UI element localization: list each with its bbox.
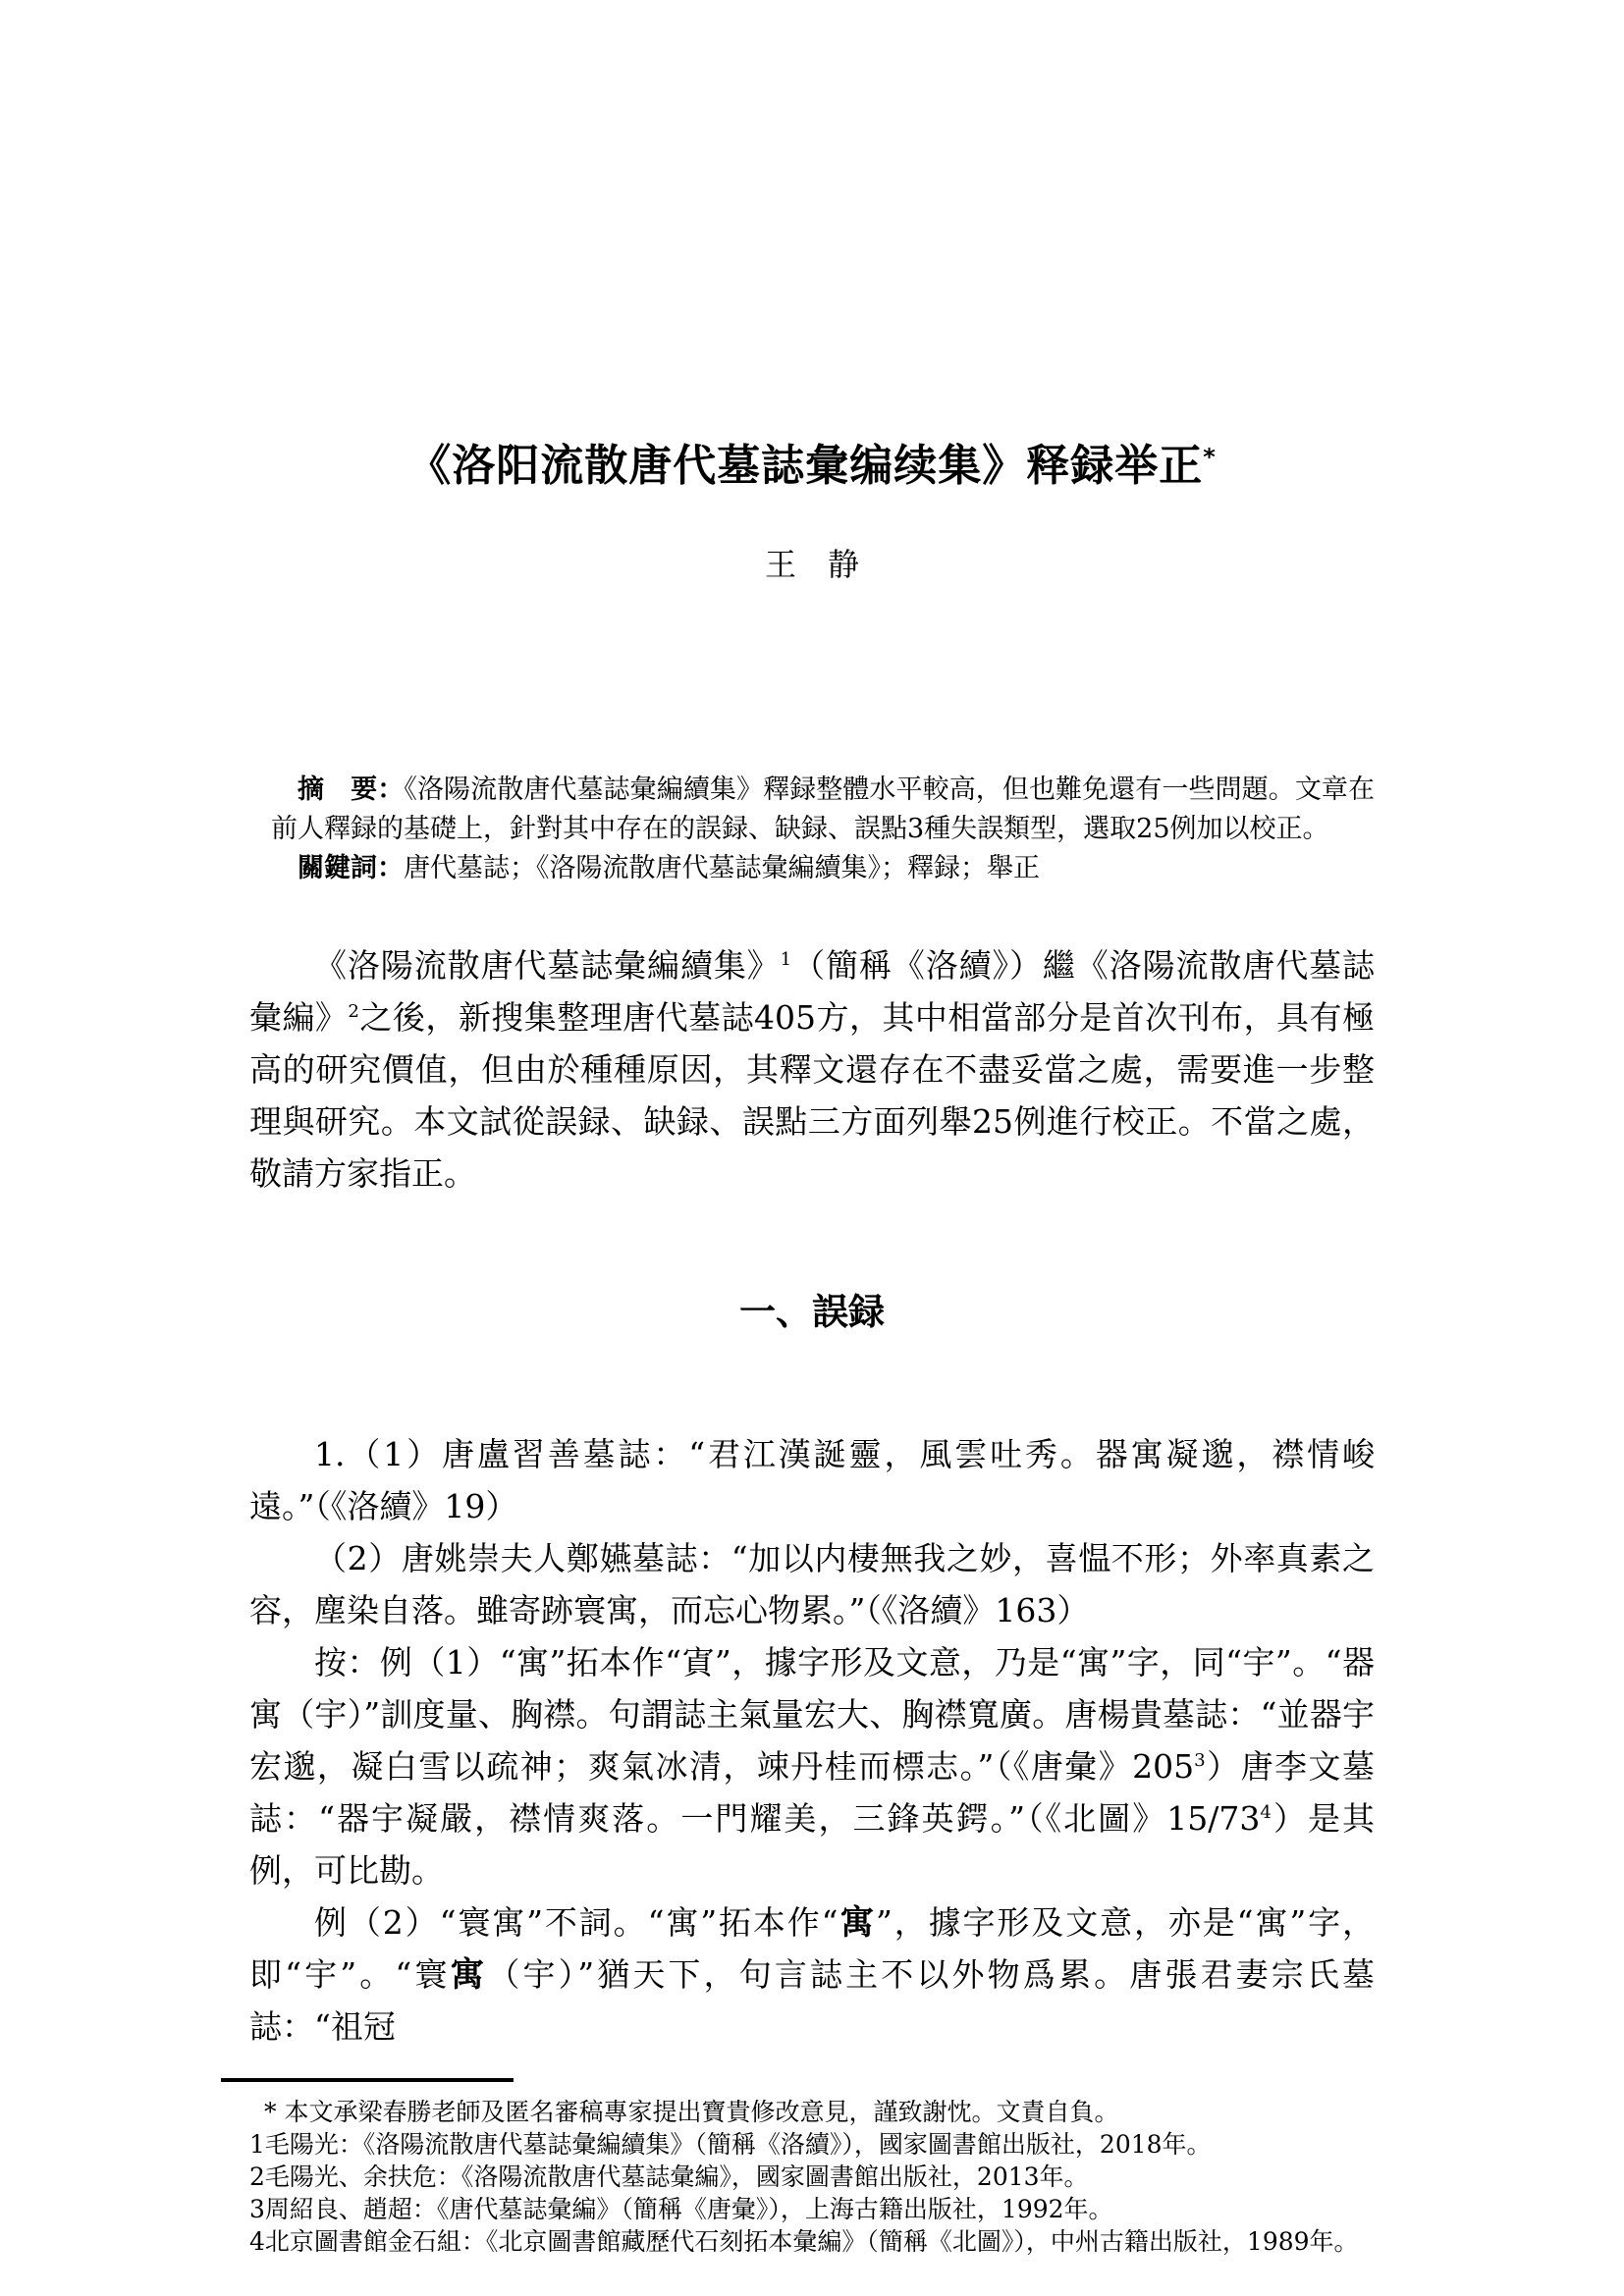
footnote: * 本文承梁春勝老師及匿名審稿專家提出寶貴修改意見，謹致謝忱。文責自負。 (249, 2096, 1375, 2128)
page-title: 《洛阳流散唐代墓誌彙编续集》释録举正* (249, 439, 1375, 494)
abstract-label: 摘 要： (298, 774, 404, 805)
page-content: 《洛阳流散唐代墓誌彙编续集》释録举正* 王 静 摘 要：《洛陽流散唐代墓誌彙編續… (249, 0, 1375, 2258)
footnote: 3周紹良、趙超：《唐代墓誌彙編》（簡稱《唐彙》），上海古籍出版社，1992年。 (249, 2193, 1375, 2225)
title-footnote-mark: * (1203, 443, 1217, 470)
intro-paragraph: 《洛陽流散唐代墓誌彙編續集》1（簡稱《洛續》）繼《洛陽流散唐代墓誌彙編》2之後，… (249, 939, 1375, 1200)
footnote: 4北京圖書館金石組：《北京圖書館藏歷代石刻拓本彙編》（簡稱《北圖》），中州古籍出… (249, 2225, 1375, 2258)
section-body: 1.（1）唐盧習善墓誌：“君江漢誕靈，風雲吐秀。器寓凝邈，襟情峻遠。”（《洛續》… (249, 1428, 1375, 2053)
footnote-divider (221, 2078, 514, 2082)
section-heading: 一、誤録 (249, 1291, 1375, 1334)
keywords-paragraph: 關鍵詞：唐代墓誌；《洛陽流散唐代墓誌彙編續集》；釋録；舉正 (271, 849, 1375, 888)
author-name: 王 静 (249, 545, 1375, 584)
abstract-text: 《洛陽流散唐代墓誌彙編續集》釋録整體水平較高，但也難免還有一些問題。文章在前人釋… (271, 774, 1375, 844)
paragraph: （2）唐姚崇夫人鄭嬿墓誌：“加以内棲無我之妙，喜愠不形；外率真素之容，塵染自落。… (249, 1532, 1375, 1636)
footnote-ref: 3 (1194, 1750, 1206, 1771)
footnote-ref: 4 (1260, 1802, 1272, 1823)
keywords-label: 關鍵詞： (298, 853, 404, 883)
footnote-ref: 1 (781, 949, 792, 970)
rubbing-glyph: 寓 (451, 1954, 488, 1995)
document-page: 《洛阳流散唐代墓誌彙编续集》释録举正* 王 静 摘 要：《洛陽流散唐代墓誌彙編續… (0, 0, 1624, 2296)
footnote-ref: 2 (348, 1001, 359, 1022)
footnote: 1毛陽光：《洛陽流散唐代墓誌彙編續集》（簡稱《洛續》），國家圖書館出版社，201… (249, 2128, 1375, 2161)
footnote-list: * 本文承梁春勝老師及匿名審稿專家提出寶貴修改意見，謹致謝忱。文責自負。1毛陽光… (249, 2096, 1375, 2258)
keywords-text: 唐代墓誌；《洛陽流散唐代墓誌彙編續集》；釋録；舉正 (404, 853, 1040, 883)
paragraph: 例（2）“寰寓”不詞。“寓”拓本作“寓”，據字形及文意，亦是“寓”字，即“宇”。… (249, 1896, 1375, 2053)
paragraph: 按：例（1）“寓”拓本作“寊”，據字形及文意，乃是“寓”字，同“宇”。“器寓（宇… (249, 1636, 1375, 1896)
rubbing-glyph: 寓 (839, 1902, 876, 1943)
footnote-area: * 本文承梁春勝老師及匿名審稿專家提出寶貴修改意見，謹致謝忱。文責自負。1毛陽光… (249, 2078, 1375, 2258)
rubbing-glyph: 寊 (681, 1643, 715, 1682)
paragraph: 1.（1）唐盧習善墓誌：“君江漢誕靈，風雲吐秀。器寓凝邈，襟情峻遠。”（《洛續》… (249, 1428, 1375, 1532)
abstract-block: 摘 要：《洛陽流散唐代墓誌彙編續集》釋録整體水平較高，但也難免還有一些問題。文章… (249, 771, 1375, 888)
footnote: 2毛陽光、余扶危：《洛陽流散唐代墓誌彙編》，國家圖書館出版社，2013年。 (249, 2161, 1375, 2193)
abstract-paragraph: 摘 要：《洛陽流散唐代墓誌彙編續集》釋録整體水平較高，但也難免還有一些問題。文章… (271, 771, 1375, 849)
page-title-text: 《洛阳流散唐代墓誌彙编续集》释録举正 (407, 441, 1203, 491)
